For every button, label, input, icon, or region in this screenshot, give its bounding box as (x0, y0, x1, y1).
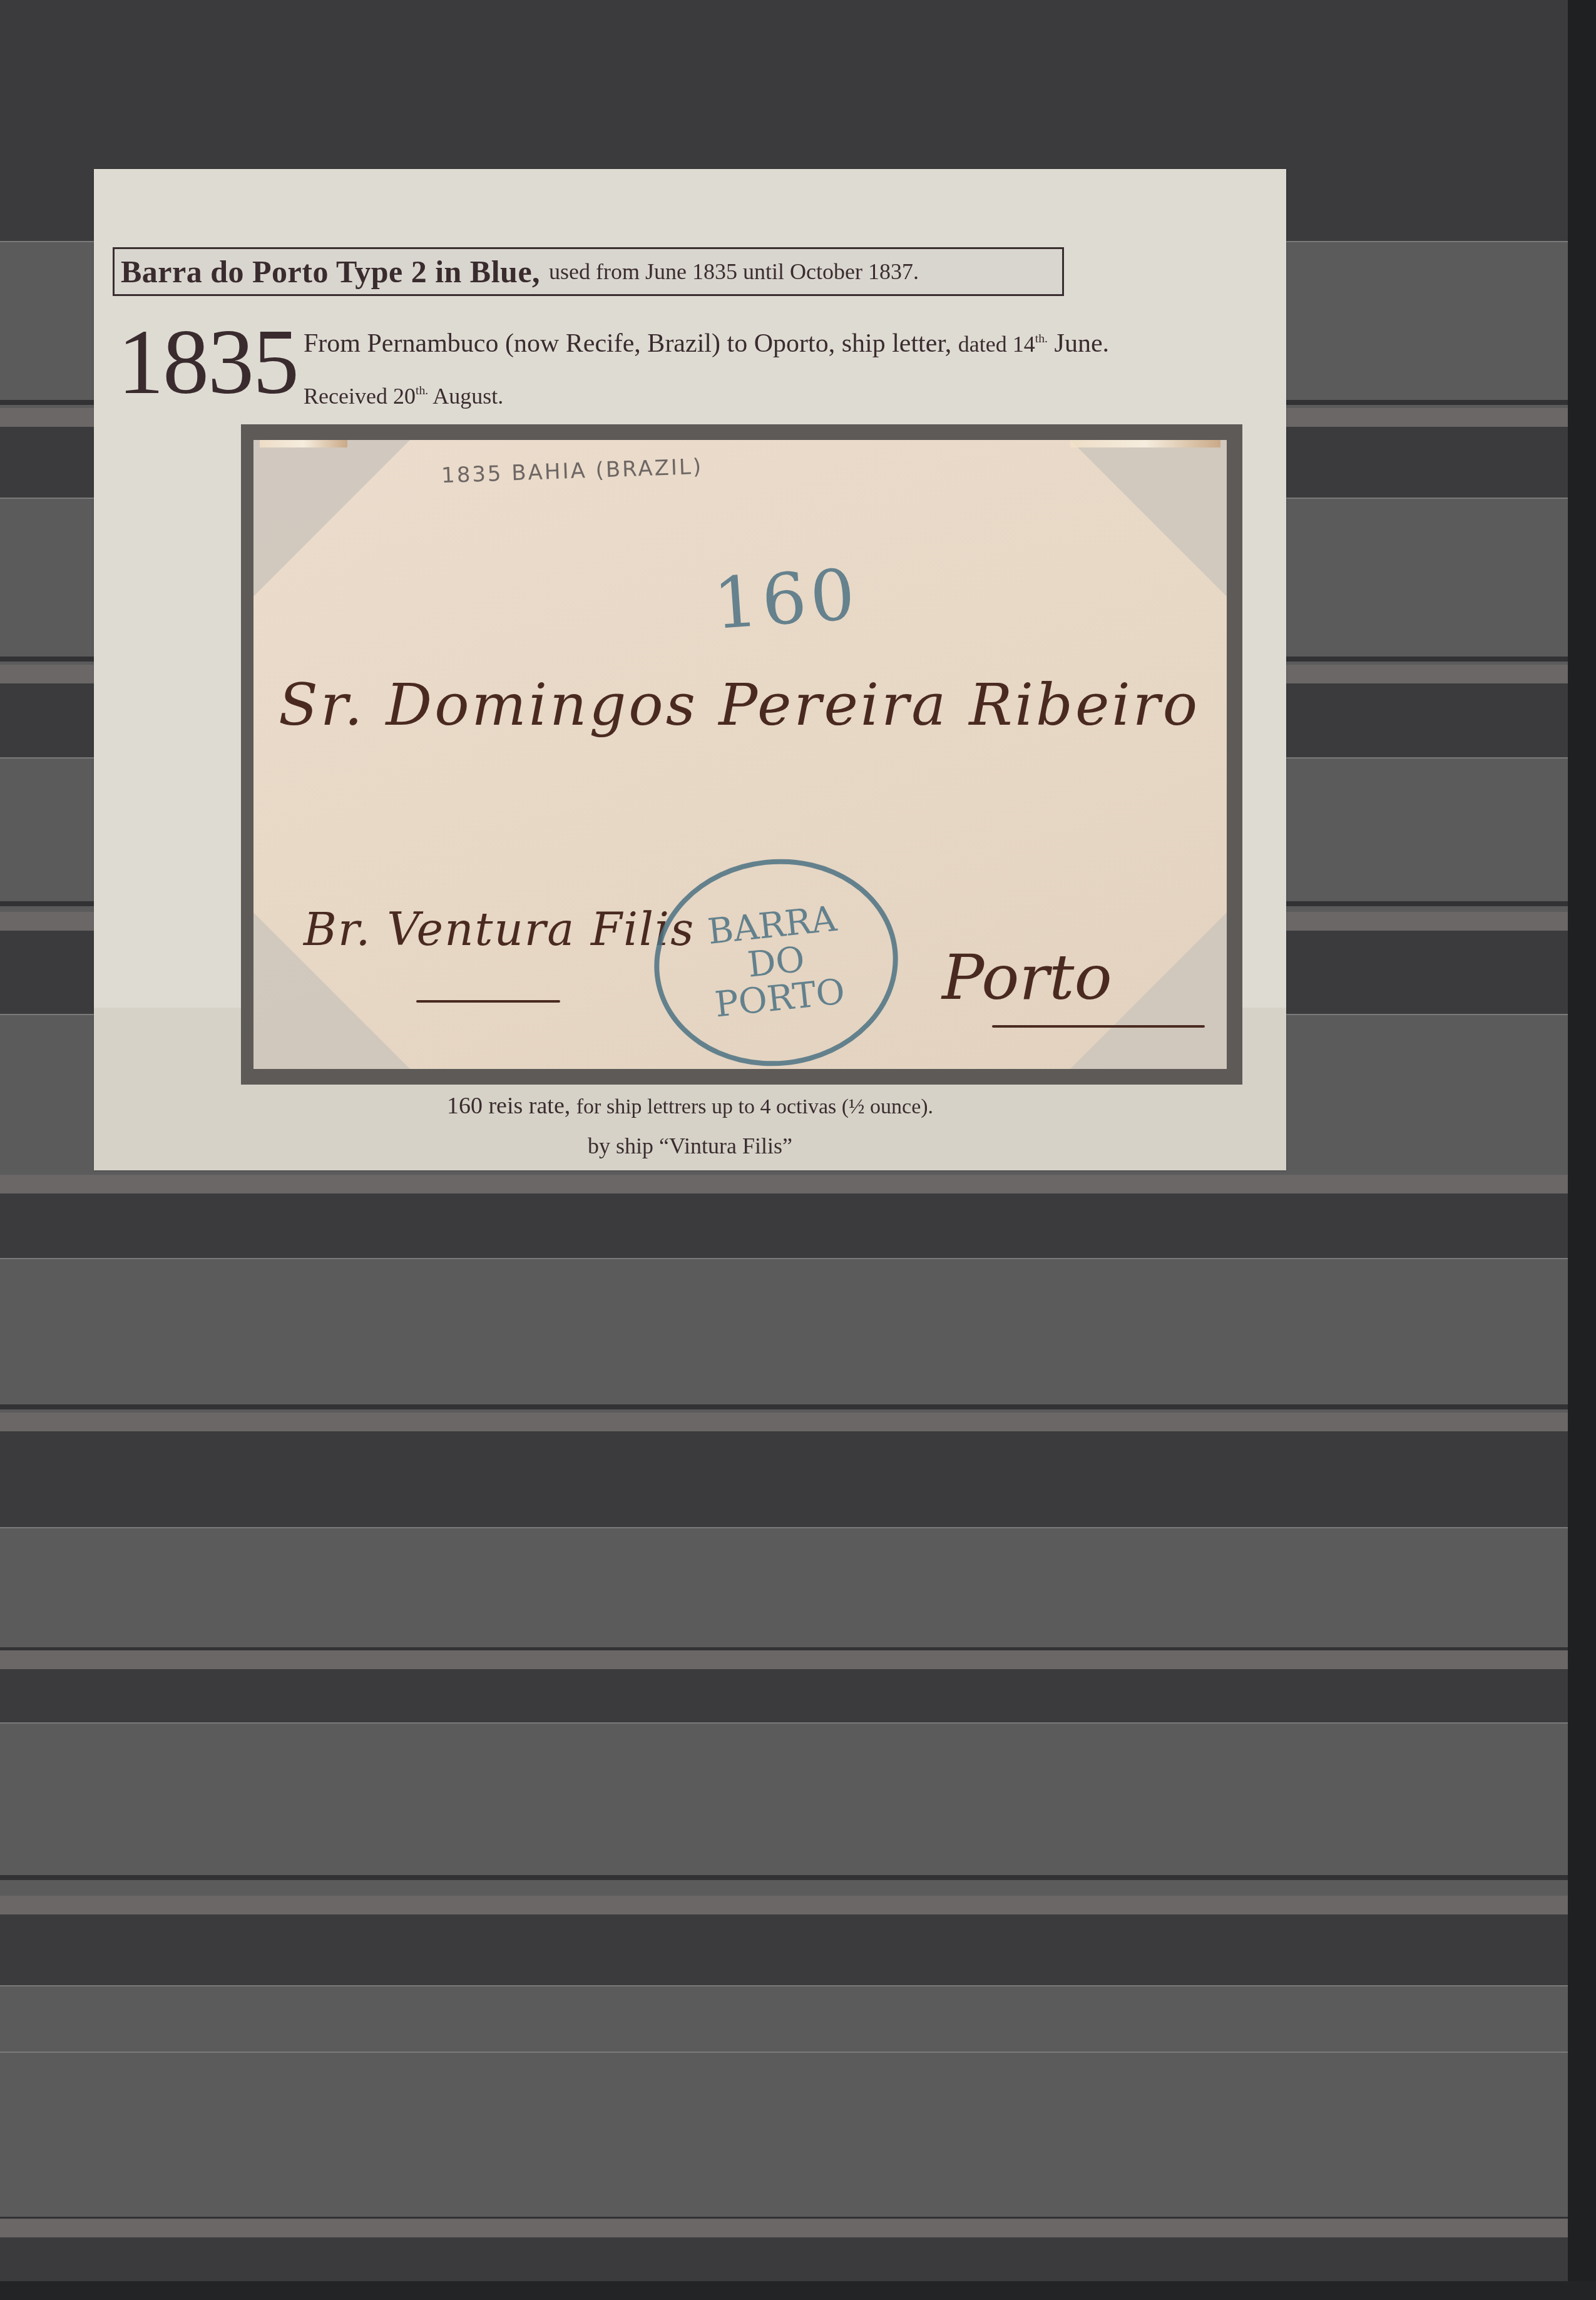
address-ship: Br. Ventura Filis (304, 903, 695, 956)
cover-mount: 1835 BAHIA (BRAZIL) 160 Sr. Domingos Per… (241, 424, 1242, 1085)
mount-glare (260, 440, 347, 447)
description-line-1: From Pernambuco (now Recife, Brazil) to … (304, 329, 1109, 359)
stock-strip (0, 1722, 1568, 1914)
mount-glare (1070, 440, 1220, 447)
underline (992, 1025, 1205, 1028)
rate-handstamp: 160 (711, 554, 861, 645)
year-label: 1835 (118, 316, 298, 409)
dated-month: June. (1048, 329, 1109, 358)
caption-rate-main: 160 reis rate, (447, 1093, 570, 1119)
stock-strip (0, 1527, 1568, 1669)
page-bottom-edge (0, 2281, 1596, 2300)
caption-rate-detail: for ship lettrers up to 4 octivas (½ oun… (576, 1095, 933, 1118)
underline (416, 1000, 560, 1003)
headline-box: Barra do Porto Type 2 in Blue, used from… (113, 247, 1064, 296)
received-text: Received 20 (304, 384, 416, 409)
postmark-line: PORTO (714, 974, 847, 1024)
pencil-note: 1835 BAHIA (BRAZIL) (441, 454, 703, 489)
received-month: August. (428, 384, 503, 409)
description-line-2: Received 20th. August. (304, 383, 503, 409)
barra-do-porto-postmark: BARRA DO PORTO (644, 847, 908, 1069)
mount-corner (1070, 440, 1227, 596)
address-addressee: Sr. Domingos Pereira Ribeiro (279, 672, 1200, 739)
dated-text: dated 14 (958, 332, 1035, 357)
exhibit-card: Barra do Porto Type 2 in Blue, used from… (94, 169, 1286, 1170)
description-dated: dated 14th. (958, 332, 1048, 357)
stock-strip (0, 2052, 1568, 2237)
received-sup: th. (416, 384, 428, 397)
caption-ship: by ship “Vintura Filis” (94, 1133, 1286, 1159)
postal-cover: 1835 BAHIA (BRAZIL) 160 Sr. Domingos Per… (253, 440, 1227, 1069)
dated-sup: th. (1035, 332, 1048, 345)
address-destination: Porto (942, 941, 1112, 1014)
stock-strip (0, 1258, 1568, 1431)
caption-rate: 160 reis rate, for ship lettrers up to 4… (94, 1092, 1286, 1120)
headline-title: Barra do Porto Type 2 in Blue, (121, 253, 540, 290)
page-right-edge (1568, 0, 1596, 2300)
description-route: From Pernambuco (now Recife, Brazil) to … (304, 329, 951, 358)
mount-corner (253, 440, 410, 596)
headline-subtitle: used from June 1835 until October 1837. (549, 258, 919, 285)
